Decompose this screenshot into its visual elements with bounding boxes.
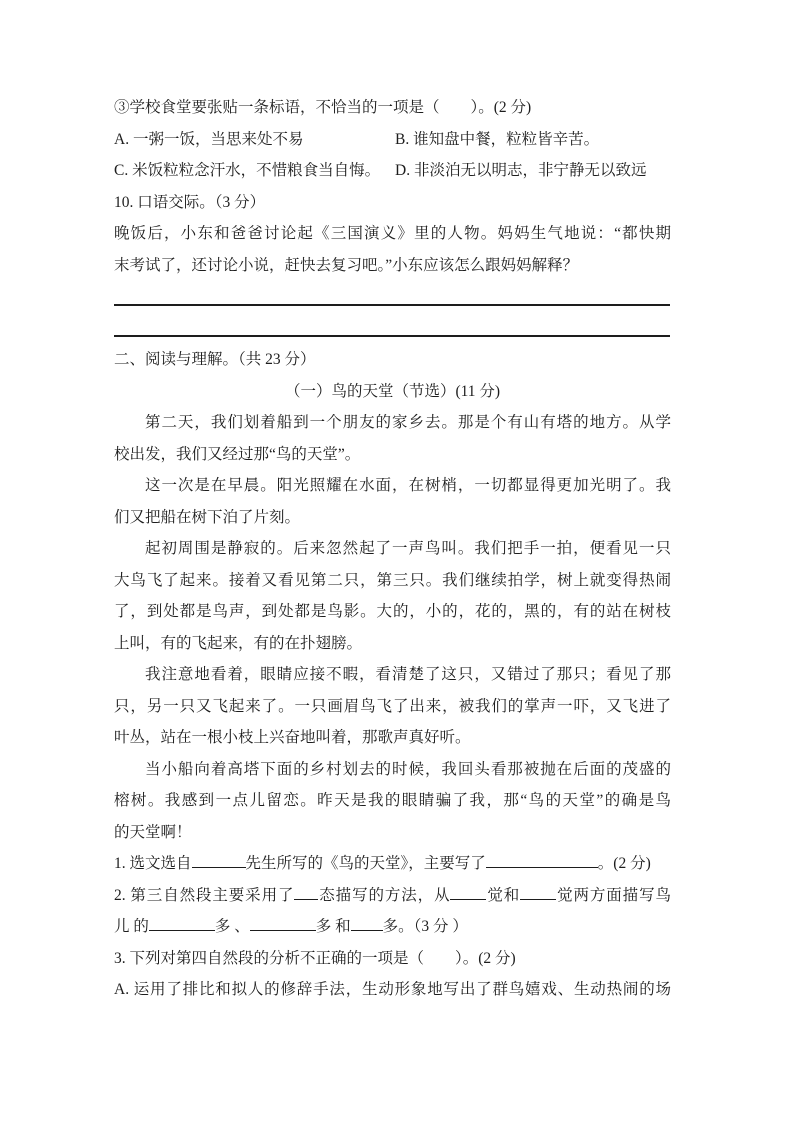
q2-blank-1	[294, 885, 318, 900]
q2-text-7: 多 和	[316, 918, 351, 935]
q2-text-2: 态描写的方法，从	[318, 887, 450, 904]
passage-p3-line-4: 上叫，有的飞起来，有的在扑翅膀。	[114, 628, 671, 660]
passage-p4-line-3: 叶丛，站在一根小枝上兴奋地叫着，那歌声真好听。	[114, 722, 671, 754]
passage-title: （一）鸟的天堂（节选）(11 分)	[114, 376, 671, 408]
passage-p1-line-2: 校出发，我们又经过那“鸟的天堂”。	[114, 439, 671, 471]
option-a: A. 一粥一饭，当思来处不易	[114, 124, 395, 156]
option-b: B. 谁知盘中餐，粒粒皆辛苦。	[395, 131, 599, 148]
q3-option-a: A. 运用了排比和拟人的修辞手法，生动形象地写出了群鸟嬉戏、生动热闹的场	[114, 974, 671, 1006]
q2-fill-blank-line-1: 2. 第三自然段主要采用了态描写的方法，从觉和觉两方面描写鸟	[114, 880, 671, 912]
q1-blank-1	[192, 853, 246, 868]
q9-sub3-stem: ③学校食堂要张贴一条标语，不恰当的一项是（ ）。(2 分)	[114, 92, 671, 124]
q3-stem: 3. 下列对第四自然段的分析不正确的一项是（ ）。(2 分)	[114, 943, 671, 975]
q1-blank-2	[486, 853, 598, 868]
q10-scenario-line-2: 末考试了，还讨论小说，赶快去复习吧。”小东应该怎么跟妈妈解释？	[114, 250, 671, 282]
passage-p5-line-3: 的天堂啊！	[114, 817, 671, 849]
passage-p5-line-1: 当小船向着高塔下面的乡村划去的时候，我回头看那被抛在后面的茂盛的	[114, 754, 671, 786]
exam-content: ③学校食堂要张贴一条标语，不恰当的一项是（ ）。(2 分) A. 一粥一饭，当思…	[114, 92, 671, 1006]
q2-text-8: 多。（3 分 ）	[383, 918, 468, 935]
q2-text-4: 觉两方面描写鸟	[556, 887, 671, 904]
q1-fill-blank: 1. 选文选自先生所写的《鸟的天堂》，主要写了。(2 分)	[114, 848, 671, 880]
passage-p4-line-1: 我注意地看着，眼睛应接不暇，看清楚了这只，又错过了那只；看见了那	[114, 659, 671, 691]
passage-p2-line-1: 这一次是在早晨。阳光照耀在水面，在树梢，一切都显得更加光明了。我	[114, 470, 671, 502]
q2-fill-blank-line-2: 儿 的多 、多 和多。（3 分 ）	[114, 911, 671, 943]
passage-p3-line-1: 起初周围是静寂的。后来忽然起了一声鸟叫。我们把手一拍，便看见一只	[114, 533, 671, 565]
passage-p5-line-2: 榕树。我感到一点儿留恋。昨天是我的眼睛骗了我，那“鸟的天堂”的确是鸟	[114, 785, 671, 817]
answer-rule-2	[114, 313, 671, 345]
q2-blank-6	[351, 916, 383, 931]
q2-blank-2	[450, 885, 486, 900]
q2-text-5: 儿 的	[114, 918, 149, 935]
q2-blank-3	[520, 885, 556, 900]
q10-heading: 10. 口语交际。（3 分）	[114, 187, 671, 219]
q2-text-1: 2. 第三自然段主要采用了	[114, 887, 294, 904]
passage-p4-line-2: 只，另一只又飞起来了。一只画眉鸟飞了出来，被我们的掌声一吓，又飞进了	[114, 691, 671, 723]
q2-blank-4	[149, 916, 215, 931]
q1-text-3: 。(2 分)	[598, 855, 651, 872]
q10-scenario-line-1: 晚饭后，小东和爸爸讨论起《三国演义》里的人物。妈妈生气地说：“都快期	[114, 218, 671, 250]
passage-p1-line-1: 第二天，我们划着船到一个朋友的家乡去。那是个有山有塔的地方。从学	[114, 407, 671, 439]
q1-text-2: 先生所写的《鸟的天堂》，主要写了	[246, 855, 486, 872]
option-c: C. 米饭粒粒念汗水，不惜粮食当自悔。	[114, 155, 395, 187]
q1-text-1: 1. 选文选自	[114, 855, 192, 872]
q2-blank-5	[250, 916, 316, 931]
answer-rule-1	[114, 281, 671, 313]
passage-p3-line-3: 了，到处都是鸟声，到处都是鸟影。大的，小的，花的，黑的，有的站在树枝	[114, 596, 671, 628]
q2-text-6: 多 、	[215, 918, 250, 935]
passage-p2-line-2: 们又把船在树下泊了片刻。	[114, 502, 671, 534]
q9-options-row-2: C. 米饭粒粒念汗水，不惜粮食当自悔。D. 非淡泊无以明志，非宁静无以致远	[114, 155, 671, 187]
exam-page: ③学校食堂要张贴一条标语，不恰当的一项是（ ）。(2 分) A. 一粥一饭，当思…	[0, 0, 794, 1122]
section-2-heading: 二、阅读与理解。（共 23 分）	[114, 344, 671, 376]
passage-p3-line-2: 大鸟飞了起来。接着又看见第二只，第三只。我们继续拍学，树上就变得热闹	[114, 565, 671, 597]
option-d: D. 非淡泊无以明志，非宁静无以致远	[395, 162, 646, 179]
q2-text-3: 觉和	[486, 887, 520, 904]
q9-options-row-1: A. 一粥一饭，当思来处不易B. 谁知盘中餐，粒粒皆辛苦。	[114, 124, 671, 156]
